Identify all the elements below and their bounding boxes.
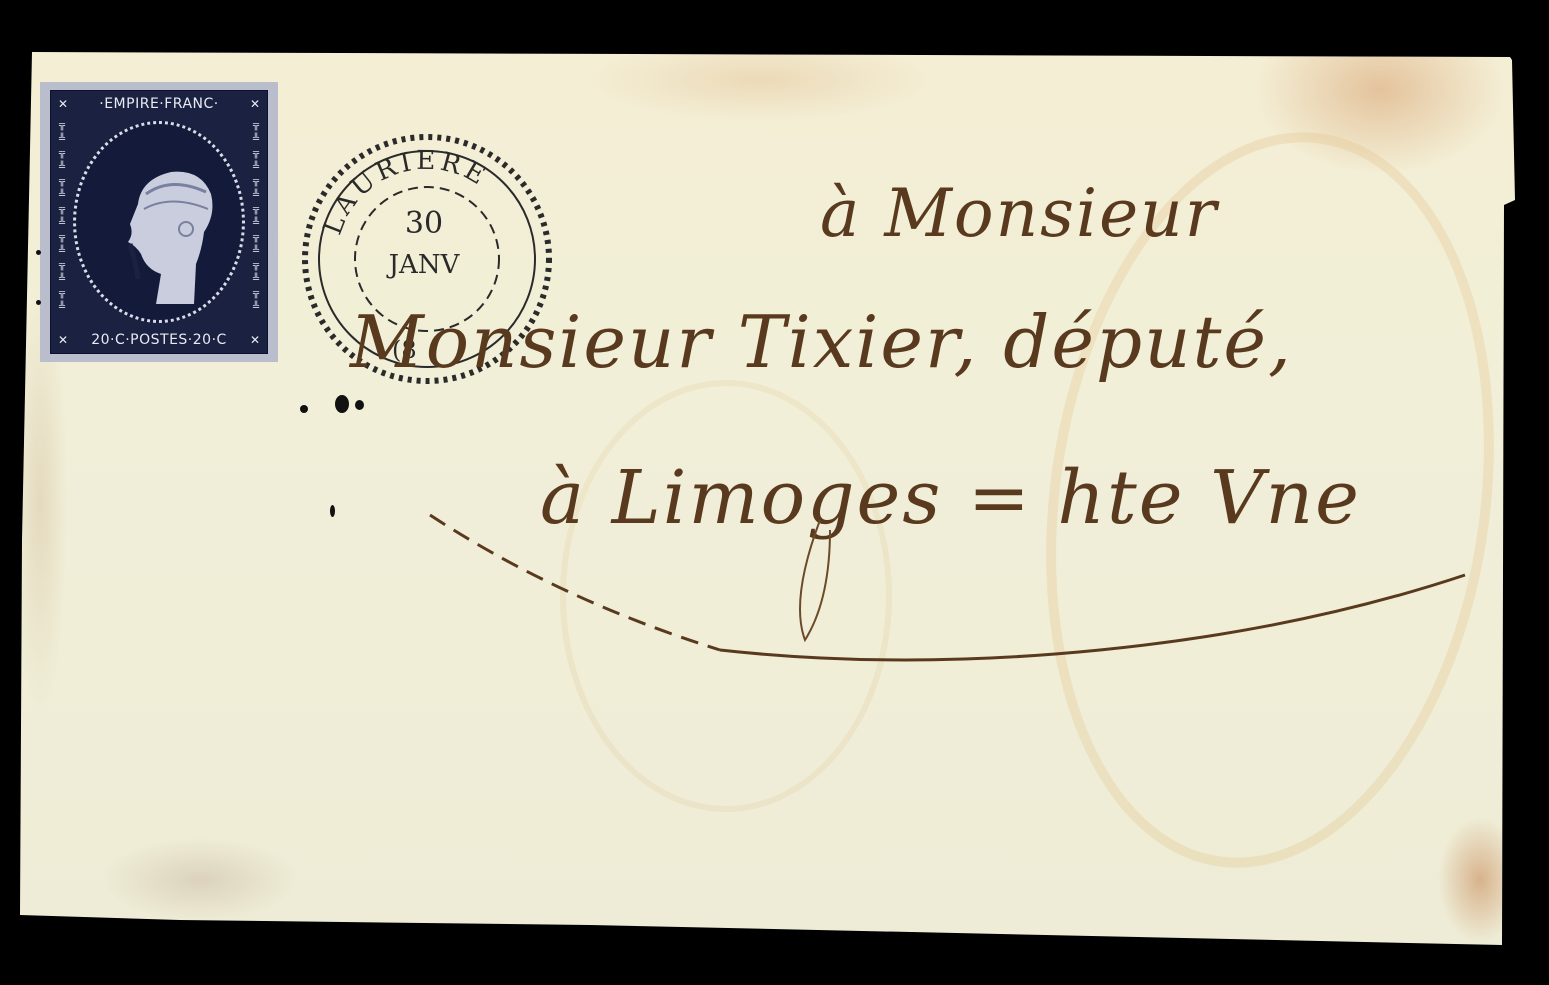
stamp-bottom-inscription: 20·C·POSTES·20·C — [81, 329, 237, 351]
postmark-month: JANV — [386, 250, 461, 280]
napoleon-portrait-icon — [116, 154, 226, 304]
address-line-salutation: à Monsieur — [820, 175, 1218, 252]
stamp-greek-key-border: ╦╩╦╩╦╩╦╩╦╩╦╩╦╩ — [55, 119, 69, 325]
stamp-corner-icon: ✕ — [53, 94, 73, 114]
water-stain — [560, 380, 892, 812]
postmark-day: 30 — [405, 206, 443, 241]
ink-speck — [355, 400, 364, 410]
ink-speck — [300, 405, 308, 413]
stamp-corner-icon: ✕ — [245, 330, 265, 350]
address-line-recipient: Monsieur Tixier, député, — [350, 300, 1293, 384]
stamp-top-inscription: ·EMPIRE·FRANC· — [81, 93, 237, 115]
ink-speck — [36, 300, 41, 305]
ink-speck — [36, 250, 41, 255]
envelope-photo: ✕ ✕ ✕ ✕ ·EMPIRE·FRANC· 20·C·POSTES·20·C … — [0, 0, 1549, 985]
stamp-corner-icon: ✕ — [53, 330, 73, 350]
stamp-corner-icon: ✕ — [245, 94, 265, 114]
stamp-greek-key-border: ╦╩╦╩╦╩╦╩╦╩╦╩╦╩ — [249, 119, 263, 325]
ink-speck — [335, 395, 349, 413]
postage-stamp: ✕ ✕ ✕ ✕ ·EMPIRE·FRANC· 20·C·POSTES·20·C … — [40, 82, 278, 362]
ink-speck — [330, 505, 335, 517]
stamp-design: ✕ ✕ ✕ ✕ ·EMPIRE·FRANC· 20·C·POSTES·20·C … — [50, 90, 268, 354]
address-line-city: à Limoges = hte Vne — [540, 455, 1361, 541]
stamp-medallion — [73, 121, 245, 323]
